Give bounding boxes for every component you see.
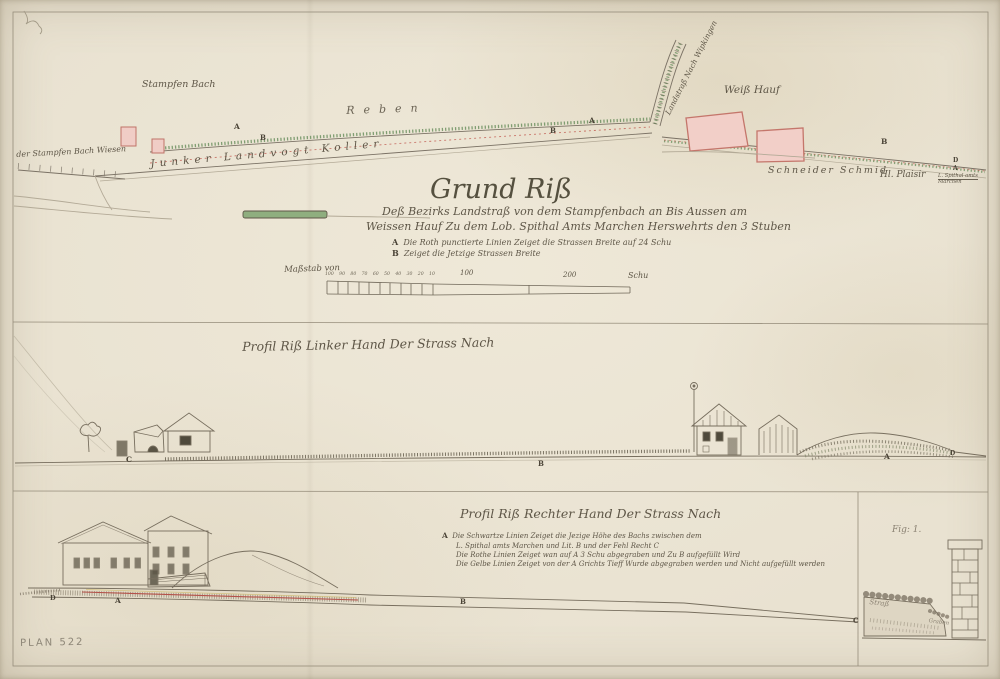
drawing-layer (0, 0, 1000, 679)
scale-bar-drawing (327, 281, 630, 295)
scale-tick: 10 (429, 272, 435, 277)
plan-marker-b3: B (881, 137, 887, 146)
profile-right-legend-2: L. Spithal amts Marchen und Lit. B und d… (456, 542, 659, 550)
vineyard-hatch-strip (152, 119, 650, 149)
plan-buildings-weiss-hauf (662, 112, 815, 162)
scale-tick: 90 (339, 272, 345, 277)
profile-right-title: Profil Riß Rechter Hand Der Strass Nach (460, 507, 721, 521)
boundary-stone-pillar (948, 540, 982, 638)
scale-tick: 60 (373, 272, 379, 277)
plan-marker-b2: B (550, 126, 556, 135)
scale-tick: 40 (395, 272, 401, 277)
corner-scribble-mark (24, 11, 42, 34)
profile-left-marker-a: A (884, 452, 890, 461)
plan-marker-a2: A (589, 116, 595, 125)
plan-legend-a: A Die Roth punctierte Linien Zeiget die … (392, 238, 671, 247)
profile-left-marker-b: B (538, 459, 544, 468)
profile-left-homestead (80, 413, 214, 456)
profile-right-drawing (20, 516, 858, 622)
plan-label-weiss-hauf: Weiß Hauf (724, 84, 780, 96)
plan-legend-b-key: B (392, 248, 399, 258)
profile-right-legend-1: A Die Schwartze Linien Zeiget die Jezige… (442, 532, 702, 541)
profile-right-marker-d: D (50, 594, 56, 602)
figure1-label: Fig: 1. (892, 525, 921, 535)
plan-label-stampfenbach: Stampfen Bach (142, 80, 215, 91)
scale-tick: 70 (362, 272, 368, 277)
profile-right-buildings (58, 516, 212, 587)
road-band (20, 588, 858, 622)
plan-marker-b1: B (260, 133, 266, 142)
profile-right-legend-4: Die Gelbe Linien Zeiget von der A Gricht… (456, 560, 825, 568)
plan-legend-b-text: Zeiget die Jetzige Strassen Breite (404, 249, 541, 258)
scale-tick: 30 (407, 272, 413, 277)
plan-label-schneider-schmid: Schneider Schmid (768, 166, 888, 177)
plan-subtitle-line1: Deß Bezirks Landstraß von dem Stampfenba… (382, 206, 747, 219)
plan-legend-a-key: A (392, 237, 398, 247)
plan-label-plaisir: Hl. Plaisir (880, 170, 925, 180)
profile-right-marker-a: A (115, 596, 121, 605)
profile-right-legend-a-key: A (442, 531, 448, 540)
plan-legend-a-text: Die Roth punctierte Linien Zeiget die St… (403, 238, 671, 247)
scale-tick: 100 (325, 272, 334, 277)
scale-mid-label: 100 (460, 269, 473, 277)
plan-buildings-left (121, 127, 164, 153)
plan-marker-a1: A (234, 122, 240, 131)
profile-right-marker-c: C (853, 616, 859, 625)
plan-legend-b: B Zeiget die Jetzige Strassen Breite (392, 249, 540, 258)
profile-right-marker-b: B (460, 597, 466, 606)
plan-subtitle-line2: Weissen Hauf Zu dem Lob. Spithal Amts Ma… (366, 221, 791, 234)
scale-tick: 20 (418, 272, 424, 277)
march-line2: Marchen (938, 179, 962, 185)
scale-tick: 50 (384, 272, 390, 277)
profile-right-legend-3: Die Rothe Linien Zeiget wan auf A 3 Schu… (456, 551, 740, 559)
scale-tick-numbers: 100 90 80 70 60 50 40 30 20 10 (325, 272, 435, 277)
plan-title: Grund Riß (430, 174, 572, 205)
profile-right-legend-1-text: Die Schwartze Linien Zeiget die Jezige H… (452, 532, 701, 540)
map-sheet: Stampfen Bach der Stampfen Bach Wiesen R… (0, 0, 1000, 679)
profile-left-drawing (14, 336, 986, 466)
plan-marker-d: D (953, 157, 958, 164)
plan-marker-a3: A (953, 165, 958, 172)
profile-left-right-group (691, 383, 987, 460)
scale-end-label: 200 (563, 271, 576, 279)
left-bank-details (14, 166, 430, 219)
figure1-detail-drawing (862, 540, 986, 640)
scale-unit-label: Schu (628, 271, 648, 280)
bridge (243, 211, 327, 218)
plan-label-spithal-march: L. Spithal amts Marchen (938, 174, 978, 186)
profile-left-marker-d: D (950, 450, 955, 457)
archival-mark: PLAN 522 (20, 637, 85, 650)
profile-left-marker-c: C (126, 455, 132, 464)
scale-tick: 80 (350, 272, 356, 277)
